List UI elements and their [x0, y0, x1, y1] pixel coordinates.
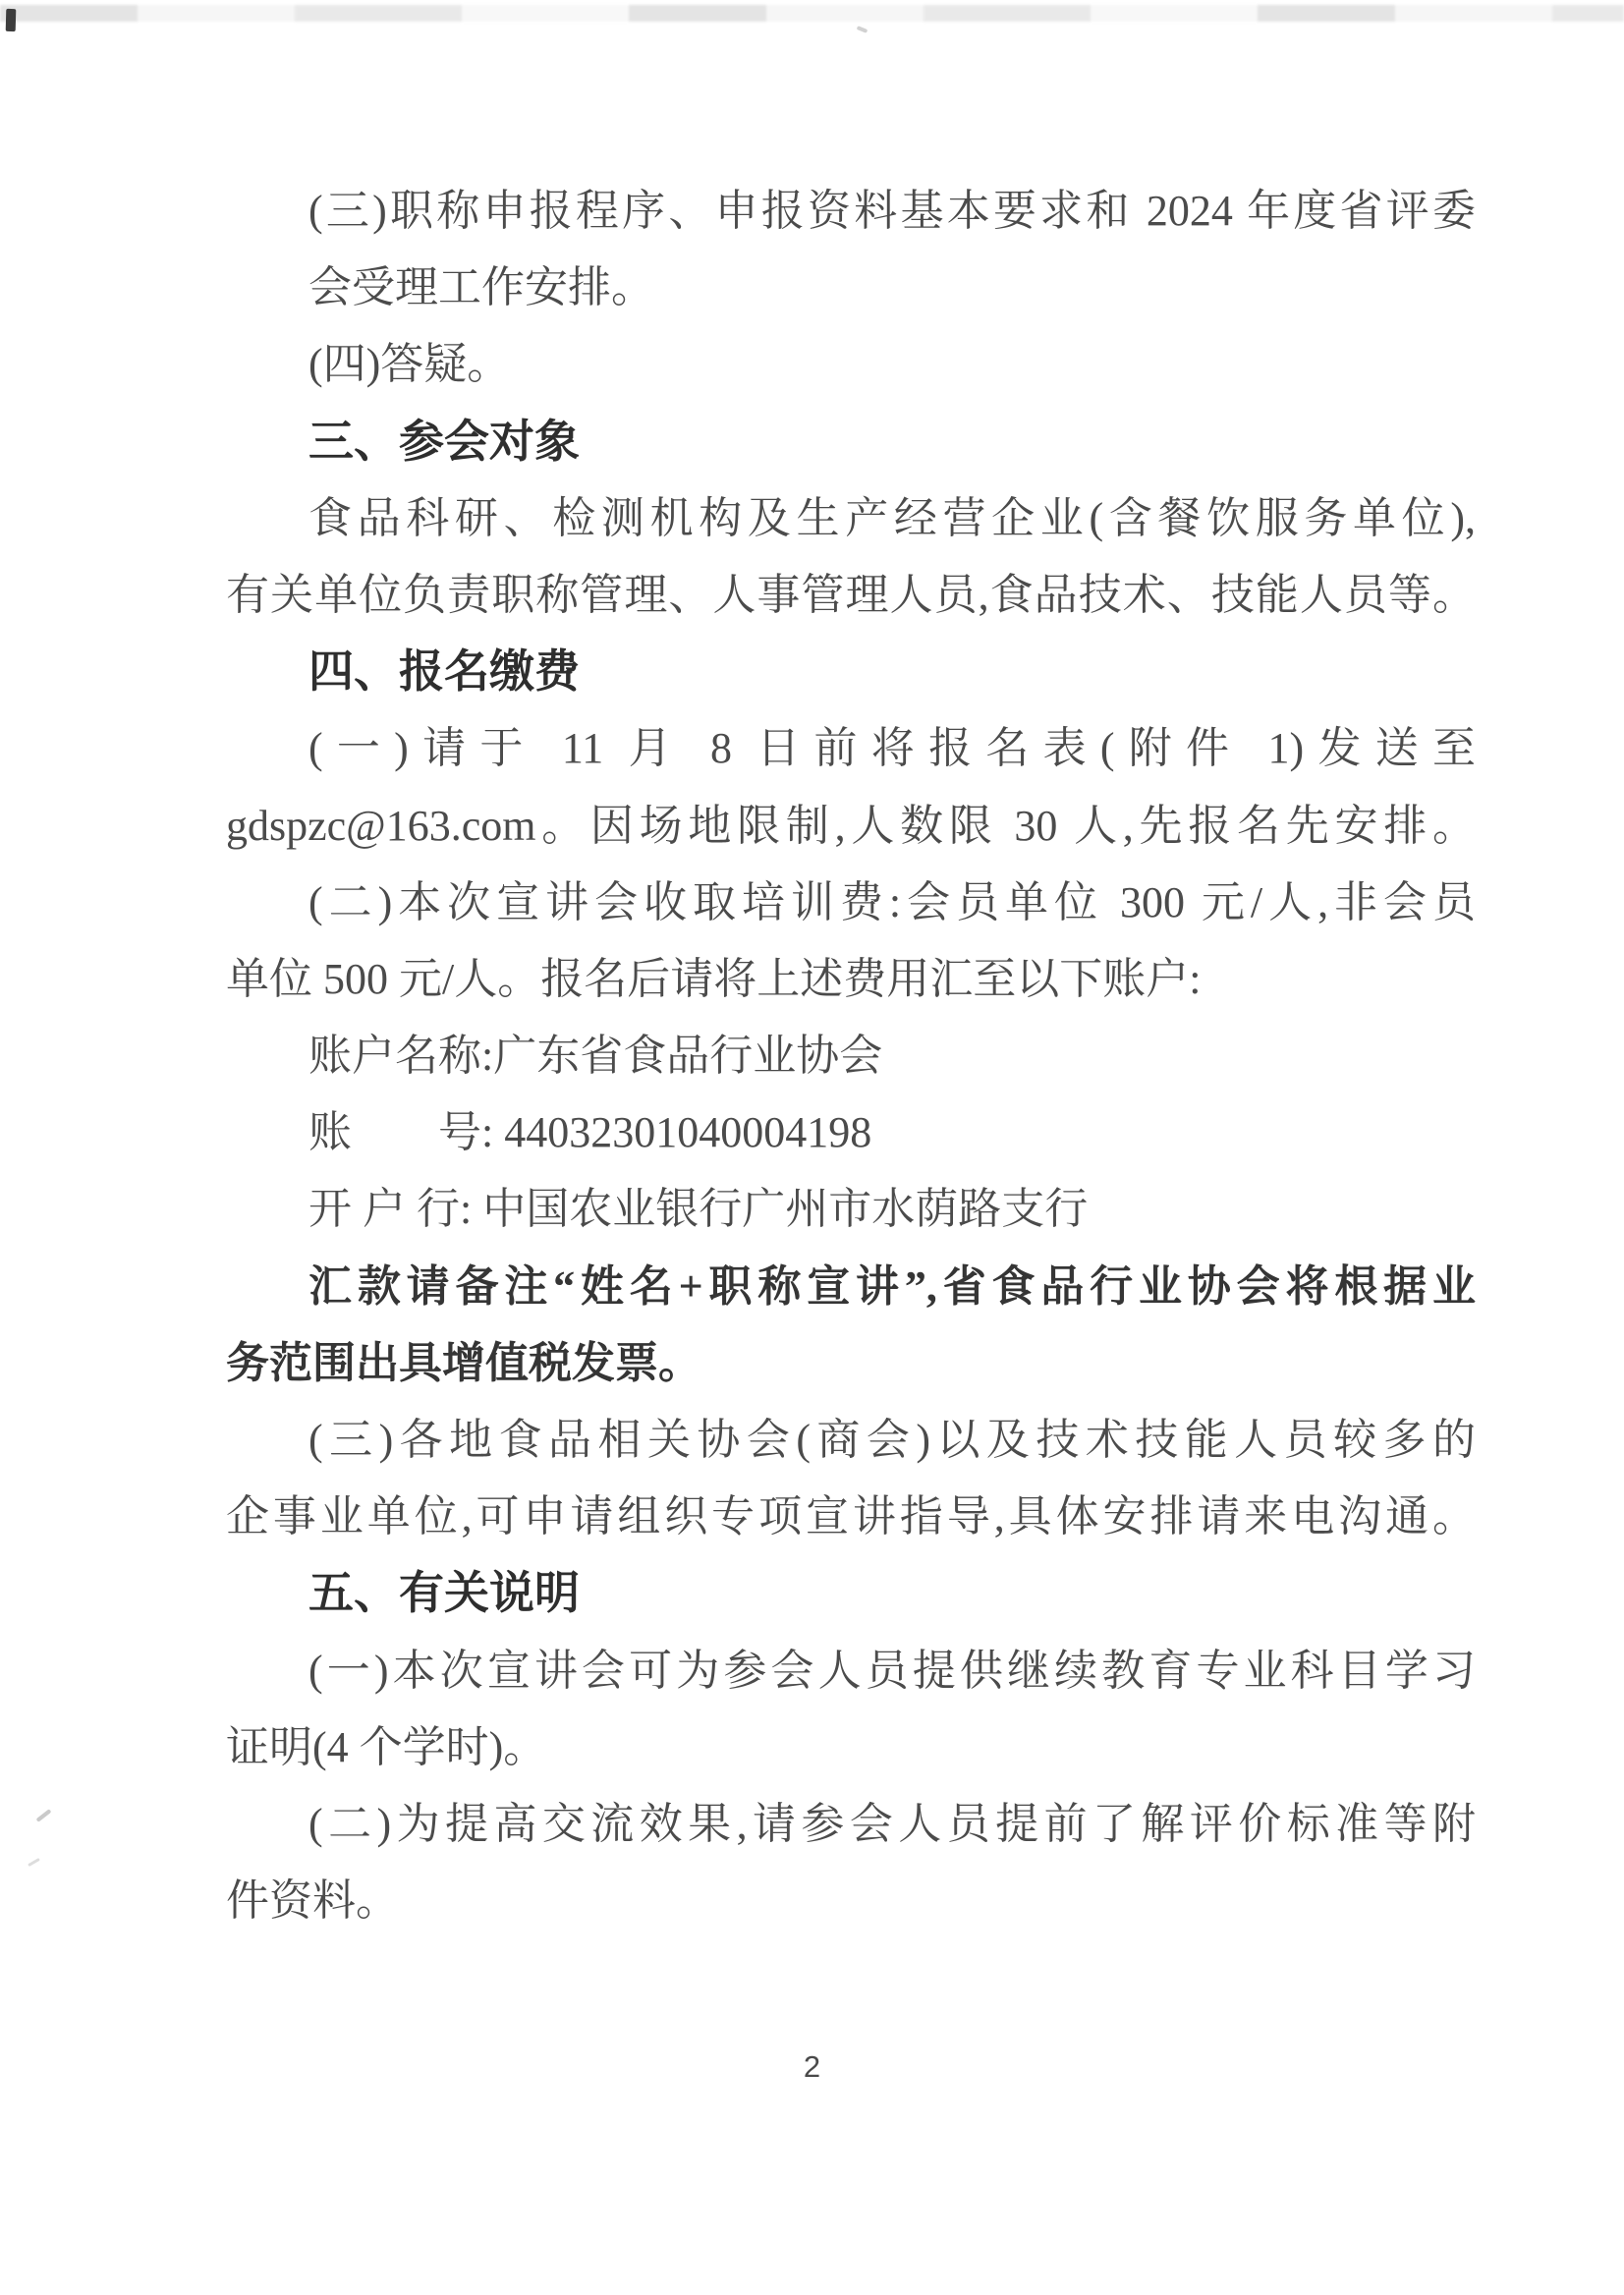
doc-line-03: (四)答疑。 — [226, 326, 1476, 403]
doc-line-06: 有关单位负责职称管理、人事管理人员,食品技术、技能人员等。 — [226, 557, 1476, 634]
scan-artifact-speck — [857, 26, 868, 33]
doc-line-12-account-name: 账户名称:广东省食品行业协会 — [226, 1018, 1476, 1094]
doc-line-09: gdspzc@163.com。因场地限制,人数限 30 人,先报名先安排。 — [226, 788, 1476, 865]
page-number: 2 — [0, 2049, 1624, 2085]
doc-line-23: 件资料。 — [226, 1863, 1476, 1939]
doc-line-20: (一)本次宣讲会可为参会人员提供继续教育专业科目学习 — [226, 1633, 1476, 1709]
scan-artifact-corner-mark — [6, 9, 17, 31]
doc-line-08: (一)请于 11 月 8 日前将报名表(附件 1)发送至 — [226, 710, 1476, 787]
doc-line-21: 证明(4 个学时)。 — [226, 1709, 1476, 1786]
section-heading-4: 四、报名缴费 — [226, 634, 1476, 710]
doc-line-18: 企事业单位,可申请组织专项宣讲指导,具体安排请来电沟通。 — [226, 1479, 1476, 1555]
doc-line-11: 单位 500 元/人。报名后请将上述费用汇至以下账户: — [226, 941, 1476, 1018]
scan-artifact-smudge — [36, 1809, 52, 1822]
section-heading-5: 五、有关说明 — [226, 1555, 1476, 1632]
doc-line-01: (三)职称申报程序、申报资料基本要求和 2024 年度省评委 — [226, 173, 1476, 250]
doc-line-14-bank-branch: 开 户 行: 中国农业银行广州市水荫路支行 — [226, 1171, 1476, 1248]
doc-line-15-remit-note: 汇款请备注“姓名+职称宣讲”,省食品行业协会将根据业 — [226, 1249, 1476, 1325]
doc-line-05: 食品科研、检测机构及生产经营企业(含餐饮服务单位), — [226, 480, 1476, 557]
section-heading-3: 三、参会对象 — [226, 404, 1476, 480]
scan-artifact-top-band — [0, 5, 1624, 22]
document-body: (三)职称申报程序、申报资料基本要求和 2024 年度省评委 会受理工作安排。 … — [226, 173, 1476, 1939]
doc-line-17: (三)各地食品相关协会(商会)以及技术技能人员较多的 — [226, 1402, 1476, 1479]
doc-line-13-account-number: 账 号: 44032301040004198 — [226, 1094, 1476, 1171]
doc-line-16-remit-note: 务范围出具增值税发票。 — [226, 1325, 1476, 1402]
doc-line-22: (二)为提高交流效果,请参会人员提前了解评价标准等附 — [226, 1786, 1476, 1863]
doc-line-10: (二)本次宣讲会收取培训费:会员单位 300 元/人,非会员 — [226, 865, 1476, 941]
scan-artifact-smudge — [28, 1858, 40, 1867]
doc-line-02: 会受理工作安排。 — [226, 250, 1476, 326]
scanned-document-page: (三)职称申报程序、申报资料基本要求和 2024 年度省评委 会受理工作安排。 … — [0, 0, 1624, 2295]
